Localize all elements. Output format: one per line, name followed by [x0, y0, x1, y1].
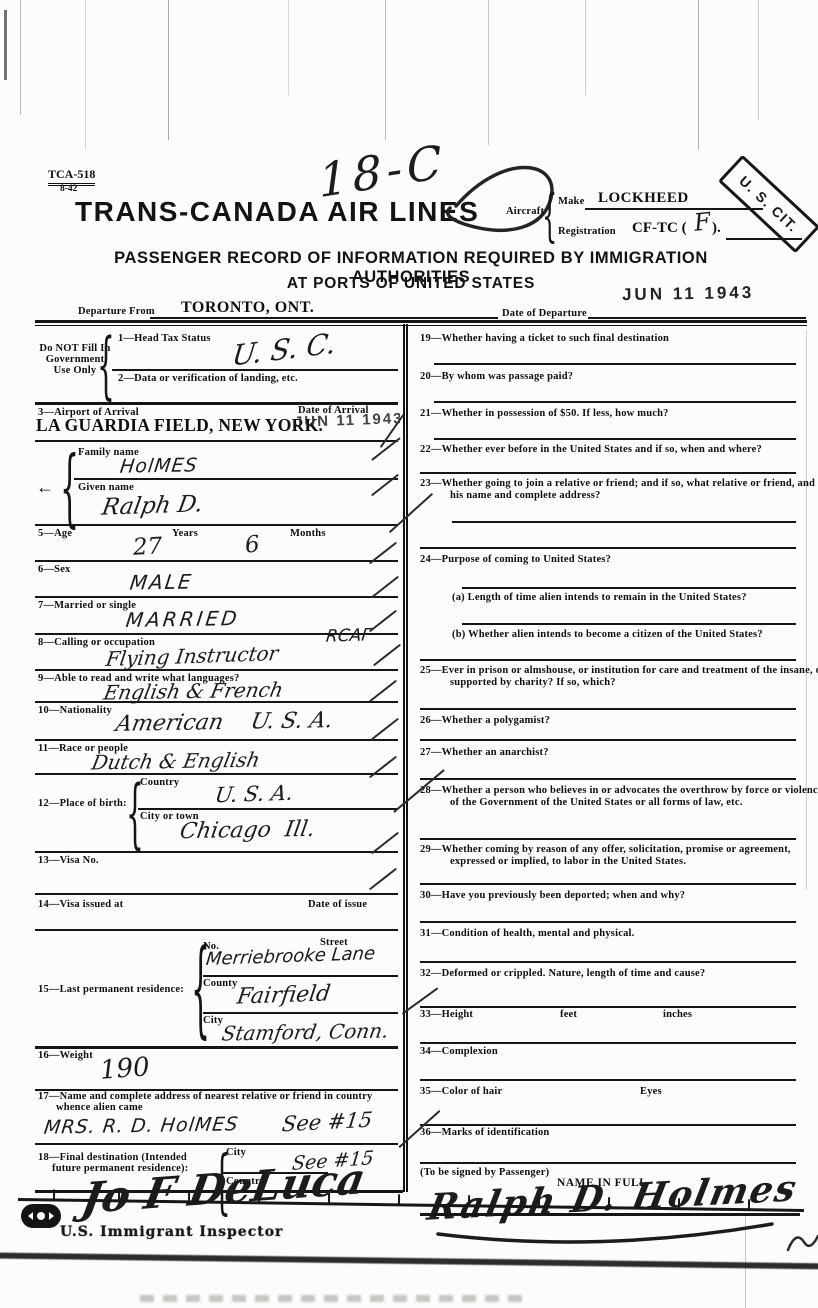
rule-after-f14	[35, 929, 398, 931]
registration-suffix: ).	[712, 220, 721, 237]
scan-artifact	[20, 0, 21, 115]
registration-value: CF-TC (	[632, 220, 687, 237]
answer-line-22	[420, 472, 796, 474]
handwritten-page-mark: 18-C	[318, 138, 448, 204]
birth-country-label: Country	[140, 777, 179, 789]
field6-label: 6—Sex	[38, 564, 71, 576]
residence-city-label: City	[203, 1015, 223, 1027]
scan-tick	[188, 1191, 190, 1202]
ditto-mark	[371, 576, 399, 599]
residence-street-value: Merriebrooke Lane	[205, 945, 376, 969]
question-34: 34—Complexion	[420, 1046, 818, 1058]
field1-handwritten: U. S. C.	[231, 329, 338, 370]
column-divider	[403, 324, 408, 1192]
residence-county-value: Fairfield	[235, 983, 331, 1008]
relative-ref: See #15	[281, 1110, 374, 1136]
scan-artifact-text	[140, 1295, 530, 1302]
question-22: 22—Whether ever before in the United Sta…	[420, 444, 818, 456]
destination-city-label: City	[226, 1147, 246, 1159]
occupation-note: RCAF	[325, 627, 372, 646]
scan-tick	[608, 1197, 610, 1208]
age-months-label: Months	[290, 528, 326, 540]
height-inches-label: inches	[663, 1009, 692, 1021]
answer-line-34	[420, 1079, 796, 1081]
answer-line-19	[434, 363, 796, 365]
field1-line	[112, 369, 398, 371]
body-top-rule2	[35, 325, 807, 326]
field16-label: 16—Weight	[38, 1050, 93, 1062]
departure-line	[150, 317, 498, 319]
answer-line-21	[434, 438, 796, 440]
relative-value: MRS. R. D. HolMES	[43, 1115, 240, 1137]
family-name-value: HolMES	[119, 456, 199, 476]
registration-handwritten: F	[693, 209, 712, 235]
scan-tick	[538, 1196, 540, 1207]
scan-tick	[678, 1198, 680, 1209]
scan-tick	[53, 1189, 55, 1200]
field12-label: 12—Place of birth:	[38, 798, 127, 810]
answer-line-36	[420, 1162, 796, 1164]
nationality-value: American U. S. A.	[114, 710, 335, 736]
rule-after-f5	[35, 560, 398, 562]
form-revision: 8-42	[60, 184, 77, 194]
arrival-stamp-clip: JUN 11 1943	[294, 410, 400, 436]
scan-artifact	[585, 0, 586, 95]
answer-line-31	[420, 961, 796, 963]
aircraft-label: Aircraft	[506, 206, 544, 218]
arrival-date-stamp: JUN 11 1943	[294, 410, 400, 431]
race-value: Dutch & English	[90, 750, 262, 773]
ditto-mark	[369, 868, 397, 891]
field2-label: 2—Data or verification of landing, etc.	[118, 373, 298, 385]
field14-label: 14—Visa issued at	[38, 899, 123, 911]
answer-line-26	[420, 739, 796, 741]
answer-line-20	[434, 401, 796, 403]
rule-after-f3	[35, 440, 398, 442]
answer-line-33	[420, 1042, 796, 1044]
scan-artifact	[288, 0, 289, 95]
residence-county-label: County	[203, 978, 237, 990]
sign-note: (To be signed by Passenger)	[420, 1167, 549, 1179]
question-31: 31—Condition of health, mental and physi…	[420, 928, 818, 940]
question-30: 30—Have you previously been deported; wh…	[420, 890, 818, 902]
residence-county-line	[203, 1012, 398, 1014]
given-name-value: Ralph D.	[100, 493, 205, 520]
field5-label: 5—Age	[38, 528, 72, 540]
rule-after-23	[420, 547, 796, 549]
aircraft-brace	[542, 188, 557, 244]
birth-country-value: U. S. A.	[214, 783, 295, 807]
field3-value: LA GUARDIA FIELD, NEW YORK.	[36, 415, 323, 436]
scan-tick	[398, 1194, 400, 1205]
make-value: LOCKHEED	[598, 190, 689, 207]
birth-city-value: Chicago Ill.	[178, 819, 316, 843]
departure-date-line	[588, 317, 806, 319]
ditto-mark	[389, 493, 433, 533]
field7-label: 7—Married or single	[38, 600, 136, 612]
question-33: 33—Height	[420, 1009, 818, 1021]
question-28: 28—Whether a person who believes in or a…	[420, 785, 818, 809]
scan-artifact	[758, 0, 759, 120]
gov-use-line3: Use Only	[54, 365, 97, 376]
ditto-mark	[371, 718, 399, 741]
signature-flourish	[420, 1218, 790, 1250]
answer-line-32	[420, 1006, 796, 1008]
scan-page-edge	[0, 1253, 818, 1270]
scan-artifact	[698, 0, 699, 150]
departure-from-label: Departure From	[78, 306, 155, 318]
scan-tick	[328, 1193, 330, 1204]
question-24a: (a) Length of time alien intends to rema…	[452, 592, 798, 604]
answer-line-35	[420, 1124, 796, 1126]
answer-line-25	[420, 708, 796, 710]
birth-country-line	[138, 808, 398, 810]
body-top-rule	[35, 320, 807, 323]
scan-artifact	[85, 0, 86, 150]
question-23: 23—Whether going to join a relative or f…	[420, 478, 818, 502]
scan-artifact	[385, 0, 386, 140]
field17-label-line2: whence alien came	[56, 1102, 143, 1114]
us-cit-stamp-text: U. S. CIT.	[736, 173, 802, 236]
signature-line	[420, 1213, 800, 1216]
airline-title: TRANS-CANADA AIR LINES	[75, 196, 479, 228]
field15-label: 15—Last permanent residence:	[38, 984, 184, 996]
residence-city-value: Stamford, Conn.	[220, 1021, 390, 1044]
rule-after-f4	[35, 524, 398, 526]
given-name-label: Given name	[78, 482, 134, 494]
field13-label: 13—Visa No.	[38, 855, 99, 867]
make-line	[585, 208, 763, 210]
occupation-value: Flying Instructor	[105, 643, 280, 669]
rule-after-f11	[35, 773, 398, 775]
ditto-mark	[373, 644, 401, 667]
scan-tick	[748, 1199, 750, 1210]
departure-from-value: TORONTO, ONT.	[181, 299, 314, 317]
rule-after-f13	[35, 893, 398, 895]
rule-after-f15	[35, 1046, 398, 1049]
question-19: 19—Whether having a ticket to such final…	[420, 333, 818, 345]
scan-tick	[118, 1190, 120, 1201]
scan-artifact	[4, 10, 7, 80]
field4-brace	[60, 449, 79, 533]
ditto-mark	[369, 610, 397, 633]
question-26: 26—Whether a polygamist?	[420, 715, 818, 727]
answer-line-29	[420, 883, 796, 885]
ditto-mark	[369, 680, 397, 703]
question-29: 29—Whether coming by reason of any offer…	[420, 844, 818, 868]
answer-line-27	[420, 778, 796, 780]
answer-line-28	[420, 838, 796, 840]
age-months-value: 6	[244, 533, 261, 557]
question-32: 32—Deformed or crippled. Nature, length …	[420, 968, 818, 980]
rule-after-f12	[35, 851, 398, 853]
field10-label: 10—Nationality	[38, 705, 112, 717]
rule-after-f10	[35, 739, 398, 741]
answer-line-30	[420, 921, 796, 923]
sex-value: MALE	[129, 571, 194, 592]
age-years-label: Years	[172, 528, 198, 540]
answer-line-24b	[420, 659, 796, 661]
departure-date-stamp: JUN 11 1943	[622, 283, 755, 305]
languages-value: English & French	[102, 679, 285, 702]
question-24b: (b) Whether alien intends to become a ci…	[452, 629, 798, 641]
field1-label: 1—Head Tax Status	[118, 333, 211, 345]
rule-after-f9	[35, 701, 398, 703]
pen-squiggle	[786, 1228, 818, 1256]
visa-date-label: Date of issue	[308, 899, 367, 911]
rule-after-f8	[35, 669, 398, 671]
answer-line-23	[452, 521, 796, 523]
question-24: 24—Purpose of coming to United States?	[420, 554, 818, 566]
rule-after-f6	[35, 596, 398, 598]
residence-street-line	[203, 975, 398, 977]
inspector-title: U.S. Immigrant Inspector	[60, 1224, 283, 1240]
gov-use-brace	[97, 330, 115, 403]
answer-line-24a	[462, 623, 796, 625]
weight-value: 190	[99, 1054, 150, 1083]
family-name-line	[74, 478, 398, 480]
gov-use-line2: Government	[46, 354, 105, 365]
scan-tick	[468, 1195, 470, 1206]
eyes-label: Eyes	[640, 1086, 662, 1098]
age-years-value: 27	[132, 535, 162, 560]
scan-tick	[258, 1192, 260, 1203]
departure-date-label: Date of Departure	[502, 308, 587, 320]
question-25: 25—Ever in prison or almshouse, or insti…	[420, 665, 818, 689]
height-feet-label: feet	[560, 1009, 577, 1021]
question-27: 27—Whether an anarchist?	[420, 747, 818, 759]
punch-hole-icon	[20, 1203, 62, 1229]
question-35: 35—Color of hair	[420, 1086, 818, 1098]
scan-artifact	[488, 0, 489, 145]
scan-artifact	[168, 0, 169, 140]
married-single-value: MARRIED	[125, 608, 241, 630]
question-20: 20—By whom was passage paid?	[420, 371, 818, 383]
question-36: 36—Marks of identification	[420, 1127, 818, 1139]
question-21: 21—Whether in possession of $50. If less…	[420, 408, 818, 420]
field4-arrow: ←	[36, 477, 54, 498]
scanned-form-page: TCA-518 8-42 TRANS-CANADA AIR LINES 18-C…	[0, 0, 818, 1308]
answer-line-24	[462, 587, 796, 589]
make-label: Make	[558, 196, 584, 208]
registration-label: Registration	[558, 226, 616, 238]
